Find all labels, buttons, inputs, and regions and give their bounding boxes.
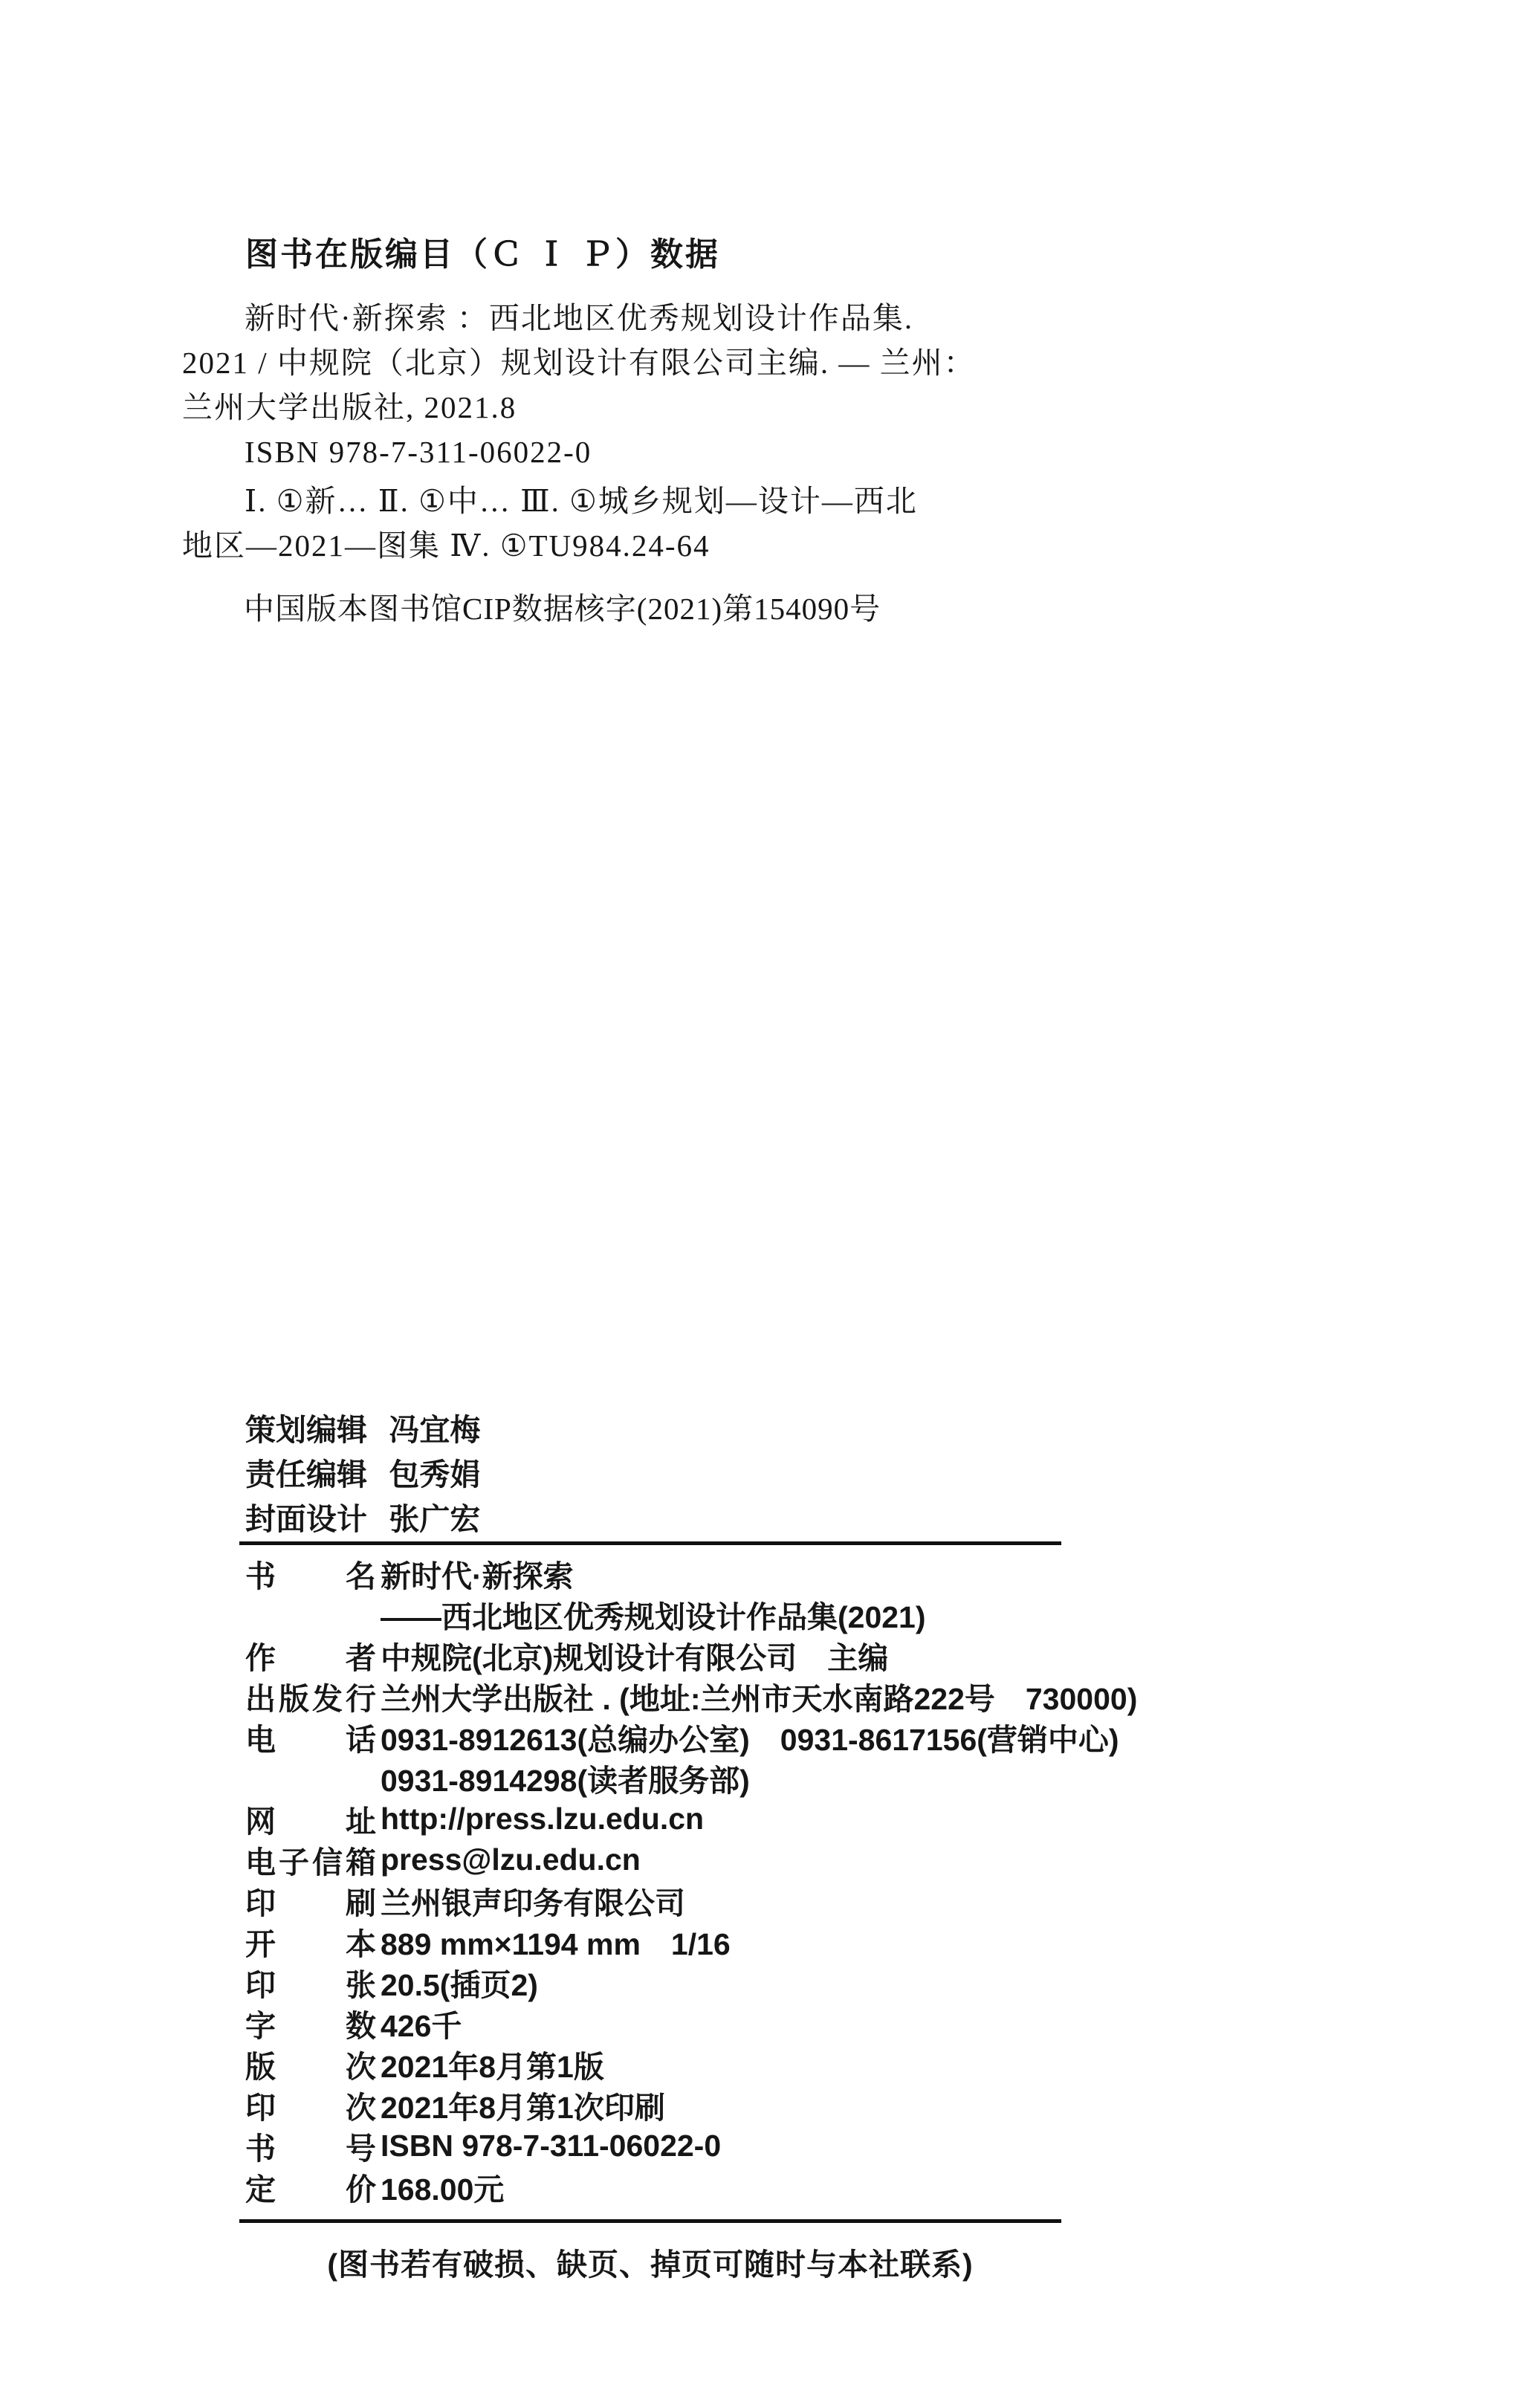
colophon-row-edition: 版 次 2021年8月第1版: [245, 2044, 1137, 2085]
colophon-field-value: 0931-8912613(总编办公室) 0931-8617156(营销中心): [381, 1715, 1119, 1759]
divider-top: [239, 1541, 1061, 1545]
colophon-field-label: 作 者: [245, 1634, 376, 1677]
cip-record-line-1: 新时代·新探索 ：西北地区优秀规划设计作品集.: [182, 296, 976, 340]
editor-role-label: 责任编辑: [245, 1452, 376, 1497]
colophon-row-phone: 电 话 0931-8912613(总编办公室) 0931-8617156(营销中…: [245, 1717, 1137, 1758]
colophon-row-email: 电子信箱 press@lzu.edu.cn: [245, 1839, 1137, 1880]
colophon-field-label: 电子信箱: [245, 1838, 376, 1882]
editor-role-label: 封面设计: [245, 1497, 376, 1541]
colophon-row-price: 定 价 168.00元: [245, 2166, 1137, 2207]
colophon-field-value: 兰州银声印务有限公司: [381, 1879, 685, 1923]
cip-registry-number: 中国版本图书馆CIP数据核字(2021)第154090号: [244, 584, 881, 628]
divider-bottom: [239, 2219, 1061, 2223]
colophon-field-value: 2021年8月第1版: [381, 2042, 604, 2086]
colophon-row-format: 开 本 889 mm×1194 mm 1/16: [245, 1921, 1137, 1962]
colophon-row-printing: 印 次 2021年8月第1次印刷: [245, 2085, 1137, 2126]
colophon-field-value: 0931-8914298(读者服务部): [381, 1756, 750, 1800]
editor-row: 策划编辑 冯宜梅: [245, 1408, 480, 1452]
colophon-row-publisher: 出版发行 兰州大学出版社 . (地址:兰州市天水南路222号 730000): [245, 1676, 1137, 1717]
colophon-field-value: 兰州大学出版社 . (地址:兰州市天水南路222号 730000): [381, 1674, 1137, 1718]
cip-record: 新时代·新探索 ：西北地区优秀规划设计作品集. 2021 / 中规院（北京）规划…: [182, 296, 976, 474]
colophon-field-value: 426千: [381, 2001, 462, 2045]
colophon-row-title: 书 名 新时代·新探索: [245, 1553, 1137, 1594]
colophon-field-value: 中规院(北京)规划设计有限公司 主编: [381, 1634, 888, 1677]
cip-classification-line-2: 地区—2021—图集 Ⅳ. ①TU984.24-64: [182, 523, 918, 568]
colophon: 书 名 新时代·新探索 ——西北地区优秀规划设计作品集(2021) 作 者 中规…: [245, 1553, 1137, 2207]
colophon-field-label: 电 话: [245, 1715, 376, 1759]
copyright-page: 图书在版编目（Ｃ Ｉ Ｐ）数据 新时代·新探索 ：西北地区优秀规划设计作品集. …: [0, 0, 1531, 2408]
colophon-field-label: 书 名: [245, 1552, 376, 1596]
colophon-field-label: 印 刷: [245, 1879, 376, 1923]
cip-record-line-3: 兰州大学出版社, 2021.8: [182, 385, 976, 430]
cip-record-isbn-line: ISBN 978-7-311-06022-0: [182, 430, 976, 474]
colophon-row-phone-2: 0931-8914298(读者服务部): [245, 1758, 1137, 1799]
colophon-row-isbn: 书 号 ISBN 978-7-311-06022-0: [245, 2126, 1137, 2166]
colophon-field-value: 889 mm×1194 mm 1/16: [381, 1920, 731, 1964]
damage-notice: (图书若有破损、缺页、掉页可随时与本社联系): [239, 2240, 1061, 2284]
editor-role-label: 策划编辑: [245, 1408, 376, 1452]
editor-name: 包秀娟: [389, 1457, 480, 1492]
editor-name: 冯宜梅: [389, 1413, 480, 1447]
editor-row: 责任编辑 包秀娟: [245, 1452, 480, 1497]
cip-section-title: 图书在版编目（Ｃ Ｉ Ｐ）数据: [245, 227, 720, 275]
colophon-field-value: 新时代·新探索: [381, 1552, 574, 1596]
colophon-row-wordcount: 字 数 426千: [245, 2003, 1137, 2044]
colophon-field-value: 168.00元: [381, 2165, 504, 2209]
colophon-field-value: 2021年8月第1次印刷: [381, 2083, 665, 2127]
colophon-field-label: 书 号: [245, 2124, 376, 2168]
colophon-field-label: 出版发行: [245, 1674, 376, 1718]
colophon-field-label: 印 张: [245, 1961, 376, 2004]
colophon-field-label: 字 数: [245, 2001, 376, 2045]
colophon-field-label: 版 次: [245, 2042, 376, 2086]
colophon-field-value: ISBN 978-7-311-06022-0: [381, 2129, 721, 2163]
editors-block: 策划编辑 冯宜梅 责任编辑 包秀娟 封面设计 张广宏: [245, 1408, 480, 1541]
colophon-field-label: 印 次: [245, 2083, 376, 2127]
cip-record-line-2: 2021 / 中规院（北京）规划设计有限公司主编. — 兰州：: [182, 340, 976, 385]
cip-classification-line-1: Ⅰ. ①新… Ⅱ. ①中… Ⅲ. ①城乡规划—设计—西北: [182, 479, 918, 523]
colophon-field-value: 20.5(插页2): [381, 1961, 538, 2004]
editor-name: 张广宏: [389, 1502, 480, 1536]
colophon-field-label: 定 价: [245, 2165, 376, 2209]
colophon-row-printer: 印 刷 兰州银声印务有限公司: [245, 1880, 1137, 1921]
colophon-row-website: 网 址 http://press.lzu.edu.cn: [245, 1799, 1137, 1839]
colophon-field-value: http://press.lzu.edu.cn: [381, 1802, 704, 1836]
cip-classification: Ⅰ. ①新… Ⅱ. ①中… Ⅲ. ①城乡规划—设计—西北 地区—2021—图集 …: [182, 479, 918, 568]
editor-row: 封面设计 张广宏: [245, 1497, 480, 1541]
colophon-row-sheets: 印 张 20.5(插页2): [245, 1962, 1137, 2003]
colophon-row-subtitle: ——西北地区优秀规划设计作品集(2021): [245, 1594, 1137, 1635]
colophon-field-label: 开 本: [245, 1920, 376, 1964]
colophon-row-author: 作 者 中规院(北京)规划设计有限公司 主编: [245, 1635, 1137, 1676]
colophon-field-label: 网 址: [245, 1797, 376, 1841]
colophon-field-value: ——西北地区优秀规划设计作品集(2021): [381, 1593, 926, 1637]
colophon-field-value: press@lzu.edu.cn: [381, 1842, 641, 1877]
